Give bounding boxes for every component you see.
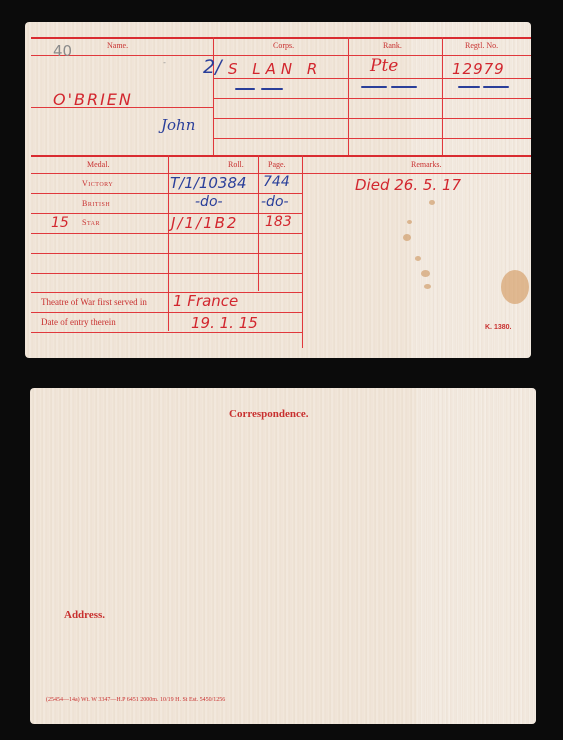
rank-value: Pte: [370, 56, 398, 76]
corps-underline: [261, 88, 283, 90]
rule-medal-row: [31, 332, 302, 333]
medal-header: Medal.: [87, 160, 109, 169]
rule-remarks: [302, 173, 531, 174]
page-british: -do-: [261, 194, 289, 210]
rule-top: [31, 37, 531, 39]
medal-victory: Victory: [82, 179, 113, 188]
star-prefix: 15: [51, 215, 69, 231]
forename: John: [161, 116, 195, 134]
roll-star: J/1/1B2: [171, 214, 238, 232]
theatre-value: 1 France: [173, 292, 238, 310]
rule-header: [31, 55, 531, 56]
print-line: (25454—14a) Wt. W 3347—H.P 6451 2000m. 1…: [46, 697, 225, 703]
pencil-note: 40: [53, 42, 72, 60]
stain: [415, 256, 421, 261]
corps-underline: [235, 88, 255, 90]
correspondence-label: Correspondence.: [229, 408, 309, 420]
divider-page-remarks: [302, 155, 303, 348]
rule-row-2: [213, 98, 531, 99]
remarks-value: Died 26. 5. 17: [355, 176, 461, 194]
stain: [501, 270, 529, 304]
rule-medal-row: [31, 233, 302, 234]
stain: [429, 200, 435, 205]
form-code: K. 1380.: [485, 324, 511, 331]
address-label: Address.: [64, 609, 105, 621]
page-header: Page.: [268, 160, 286, 169]
corps-prefix: 2/: [203, 56, 222, 78]
stain: [424, 284, 431, 289]
medal-index-card-back: Correspondence. Address. (25454—14a) Wt.…: [30, 388, 536, 724]
rank-underline: [361, 86, 387, 88]
surname: O'BRIEN: [53, 90, 133, 109]
regtl-underline: [483, 86, 509, 88]
rule-medal-row: [31, 213, 302, 214]
roll-british: -do-: [195, 194, 223, 210]
rule-row-4: [213, 138, 531, 139]
regtl-no-value: 12979: [452, 60, 505, 78]
stain: [403, 234, 411, 241]
divider-roll-page: [258, 155, 259, 291]
name-header: Name.: [107, 41, 128, 50]
stain: [421, 270, 430, 277]
stain: [407, 220, 412, 224]
medal-index-card-front: Name. Corps. Rank. Regtl. No. 40 - O'BRI…: [25, 22, 531, 358]
rule-middle: [31, 155, 531, 157]
medal-star: Star: [82, 218, 100, 227]
pencil-mark: -: [163, 58, 166, 67]
scan-fade: [416, 388, 536, 724]
corps-header: Corps.: [273, 41, 294, 50]
rule-medal-row: [31, 312, 302, 313]
rule-medal-row: [31, 273, 302, 274]
page-star: 183: [265, 214, 292, 230]
page-victory: 744: [263, 174, 290, 190]
rule-row-1: [213, 78, 531, 79]
regtl-underline: [458, 86, 480, 88]
date-value: 19. 1. 15: [191, 314, 258, 332]
rule-medal-row: [31, 253, 302, 254]
regtl-no-header: Regtl. No.: [465, 41, 498, 50]
theatre-label: Theatre of War first served in: [41, 297, 147, 307]
roll-header: Roll.: [228, 160, 244, 169]
remarks-header: Remarks.: [411, 160, 441, 169]
rule-medal-row: [31, 292, 302, 293]
rank-underline: [391, 86, 417, 88]
rank-header: Rank.: [383, 41, 402, 50]
roll-victory: T/1/10384: [170, 174, 247, 192]
rule-row-3: [213, 118, 531, 119]
divider-medal-roll: [168, 155, 169, 331]
corps-value: S LAN R: [228, 60, 322, 78]
date-label: Date of entry therein: [41, 317, 116, 327]
medal-british: British: [82, 199, 110, 208]
